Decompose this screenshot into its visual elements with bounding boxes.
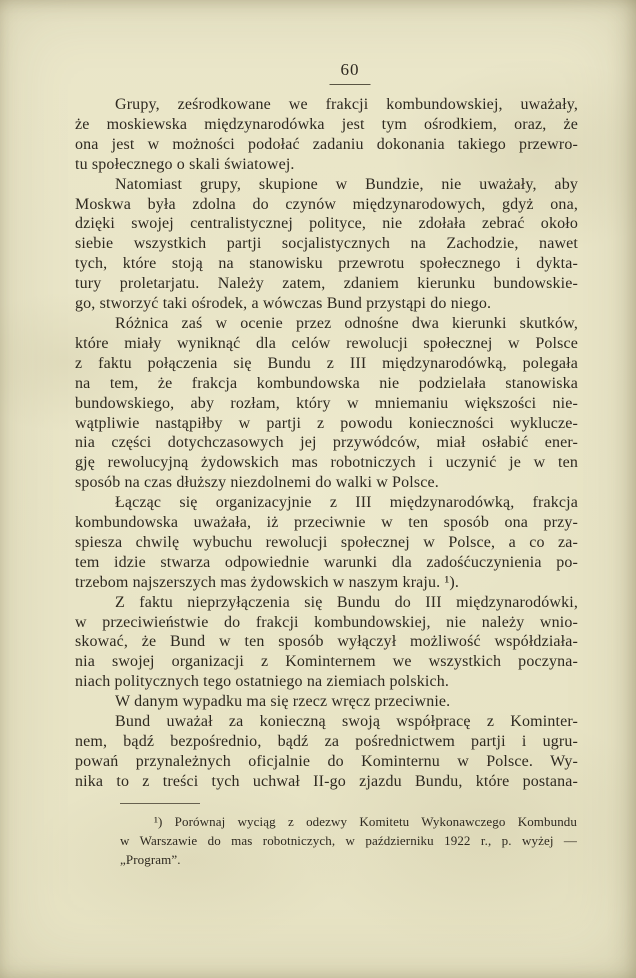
- text-line: nia swojej organizacji z Kominternem we …: [75, 652, 578, 672]
- text-line: Łącząc się organizacyjnie z III międzyna…: [75, 493, 578, 513]
- text-line: wątpliwie nastąpiłby w partji z powodu k…: [75, 414, 578, 434]
- text-line: nia części dotychczasowych jej przywódcó…: [75, 433, 578, 453]
- paragraph: Różnica zaś w ocenie przez odnośne dwa k…: [75, 314, 578, 493]
- text-line: niach politycznych tego ostatniego na zi…: [75, 672, 578, 692]
- footnote: ¹) Porównaj wyciąg z odezwy Komitetu Wyk…: [120, 812, 577, 869]
- book-page: 60 Grupy, ześrodkowane we frakcji kombun…: [0, 0, 636, 978]
- text-line: ¹) Porównaj wyciąg z odezwy Komitetu Wyk…: [120, 812, 577, 831]
- paragraph: W danym wypadku ma się rzecz wręcz przec…: [75, 692, 578, 712]
- text-line: skować, że Bund w ten sposób wyłączył mo…: [75, 632, 578, 652]
- text-line: dzięki swojej centralistycznej polityce,…: [75, 214, 578, 234]
- text-line: tem idzie stwarza odpowiednie warunki dl…: [75, 553, 578, 573]
- text-line: na tem, że frakcja kombundowska nie podz…: [75, 374, 578, 394]
- paragraph: Bund uważał za konieczną swoją współprac…: [75, 712, 578, 792]
- text-line: kombundowska uważała, iż przeciwnie w te…: [75, 513, 578, 533]
- text-line: że moskiewska międzynarodówka jest tym o…: [75, 115, 578, 135]
- text-line: bundowskiego, aby rozłam, który w mniema…: [75, 394, 578, 414]
- paragraph: Natomiast grupy, skupione w Bundzie, nie…: [75, 175, 578, 314]
- text-line: „Program”.: [120, 850, 577, 869]
- text-line: Grupy, ześrodkowane we frakcji kombundow…: [75, 95, 578, 115]
- text-line: tu społecznego o skali światowej.: [75, 155, 578, 175]
- text-block: Grupy, ześrodkowane we frakcji kombundow…: [75, 95, 578, 792]
- text-line: w przeciwieństwie do frakcji kombundowsk…: [75, 613, 578, 633]
- text-line: Z faktu nieprzyłączenia się Bundu do III…: [75, 593, 578, 613]
- text-line: ona jest w możności podołać zadaniu doko…: [75, 135, 578, 155]
- text-line: tury proletarjatu. Należy zatem, zdaniem…: [75, 274, 578, 294]
- text-line: Natomiast grupy, skupione w Bundzie, nie…: [75, 175, 578, 195]
- text-line: sposób na czas dłuższy niezdolnemi do wa…: [75, 473, 578, 493]
- text-line: spiesza chwilę wybuchu rewolucji społecz…: [75, 533, 578, 553]
- text-line: powań przynależnych oficjalnie do Komint…: [75, 752, 578, 772]
- page-number: 60: [330, 60, 371, 85]
- footnote-rule: [120, 803, 200, 804]
- text-line: które miały wyniknąć dla celów rewolucji…: [75, 334, 578, 354]
- text-line: nem, bądź bezpośrednio, bądź za pośredni…: [75, 732, 578, 752]
- text-line: Moskwa była zdolna do czynów międzynarod…: [75, 195, 578, 215]
- text-line: gję rewolucyjną żydowskich mas robotnicz…: [75, 453, 578, 473]
- text-line: trzebom najszerszych mas żydowskich w na…: [75, 573, 578, 593]
- text-line: z faktu połączenia się Bundu z III międz…: [75, 354, 578, 374]
- text-line: W danym wypadku ma się rzecz wręcz przec…: [75, 692, 578, 712]
- paragraph: Grupy, ześrodkowane we frakcji kombundow…: [75, 95, 578, 175]
- text-line: go, stworzyć taki ośrodek, a wówczas Bun…: [75, 294, 578, 314]
- text-line: Różnica zaś w ocenie przez odnośne dwa k…: [75, 314, 578, 334]
- text-line: w Warszawie do mas robotniczych, w paźdz…: [120, 831, 577, 850]
- text-line: siebie wszystkich partji socjalistycznyc…: [75, 234, 578, 254]
- text-line: Bund uważał za konieczną swoją współprac…: [75, 712, 578, 732]
- paragraph: Łącząc się organizacyjnie z III międzyna…: [75, 493, 578, 593]
- text-line: tych, które stoją na stanowisku przewrot…: [75, 254, 578, 274]
- text-line: nika to z treści tych uchwał II-go zjazd…: [75, 772, 578, 792]
- paragraph: Z faktu nieprzyłączenia się Bundu do III…: [75, 593, 578, 693]
